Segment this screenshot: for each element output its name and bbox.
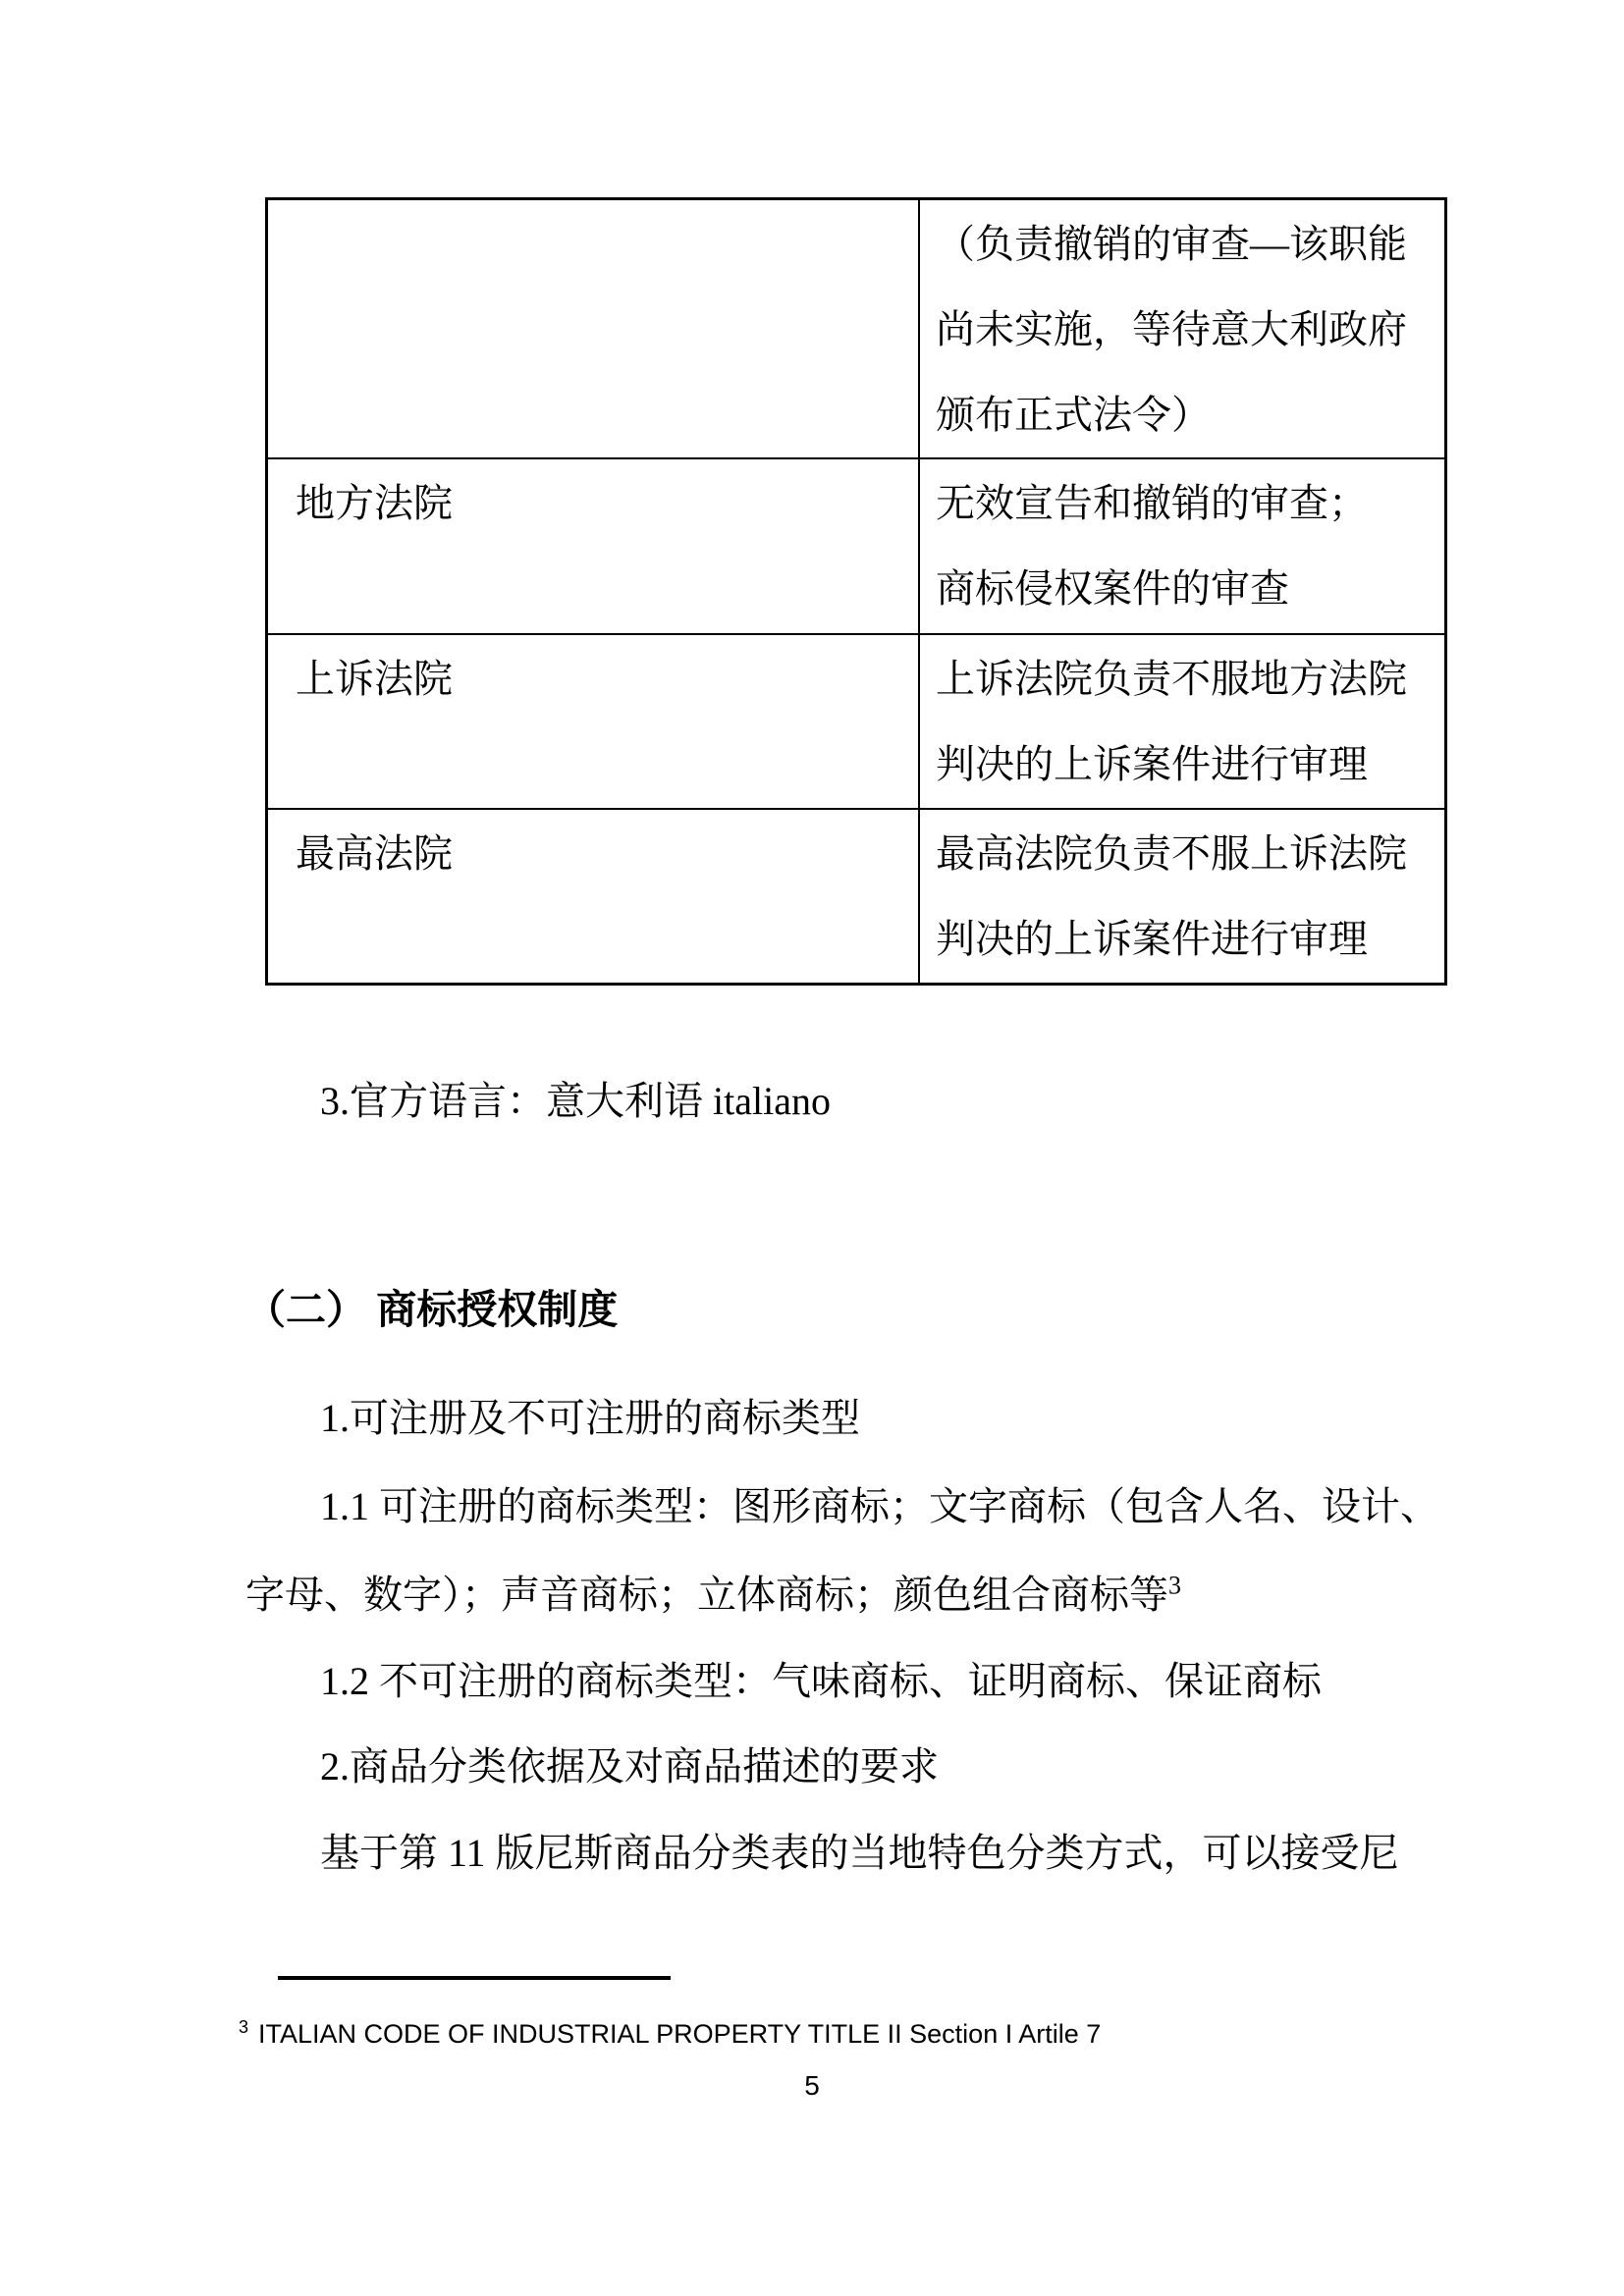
court-function-line: 无效宣告和撤销的审查； xyxy=(936,460,1440,546)
paragraph-1-2: 1.2 不可注册的商标类型：气味商标、证明商标、保证商标 xyxy=(320,1638,1322,1725)
table-row: （负责撤销的审查—该职能 尚未实施，等待意大利政府 颁布正式法令） xyxy=(267,199,1446,459)
court-name: 上诉法院 xyxy=(296,636,912,721)
court-function-cell: （负责撤销的审查—该职能 尚未实施，等待意大利政府 颁布正式法令） xyxy=(919,199,1446,459)
paragraph-2: 2.商品分类依据及对商品描述的要求 xyxy=(320,1724,939,1810)
page-number: 5 xyxy=(0,2064,1624,2108)
court-function-line: 判决的上诉案件进行审理 xyxy=(936,896,1440,982)
court-name-cell xyxy=(267,199,920,459)
court-function-cell: 最高法院负责不服上诉法院 判决的上诉案件进行审理 xyxy=(919,809,1446,985)
court-name-cell: 上诉法院 xyxy=(267,634,920,809)
court-table: （负责撤销的审查—该职能 尚未实施，等待意大利政府 颁布正式法令） 地方法院 无… xyxy=(265,197,1447,986)
court-function-line: 尚未实施，等待意大利政府 xyxy=(936,287,1440,372)
footnote-marker: 3 xyxy=(239,2017,248,2037)
paragraph-1-1: 1.1 可注册的商标类型：图形商标；文字商标（包含人名、设计、 xyxy=(320,1464,1439,1550)
paragraph-1: 1.可注册及不可注册的商标类型 xyxy=(320,1375,860,1462)
document-page: （负责撤销的审查—该职能 尚未实施，等待意大利政府 颁布正式法令） 地方法院 无… xyxy=(0,0,1624,2296)
court-function-cell: 无效宣告和撤销的审查； 商标侵权案件的审查 xyxy=(919,458,1446,634)
table-row: 地方法院 无效宣告和撤销的审查； 商标侵权案件的审查 xyxy=(267,458,1446,634)
footnote-text: ITALIAN CODE OF INDUSTRIAL PROPERTY TITL… xyxy=(258,2019,1101,2049)
court-function-line: 上诉法院负责不服地方法院 xyxy=(936,636,1440,721)
court-function-line: （负责撤销的审查—该职能 xyxy=(936,201,1440,287)
official-language-line: 3.官方语言：意大利语 italiano xyxy=(320,1058,831,1145)
table-row: 上诉法院 上诉法院负责不服地方法院 判决的上诉案件进行审理 xyxy=(267,634,1446,809)
footnote-separator xyxy=(278,1976,671,1980)
court-function-line: 颁布正式法令） xyxy=(936,372,1440,457)
court-name-cell: 最高法院 xyxy=(267,809,920,985)
footnote: 3ITALIAN CODE OF INDUSTRIAL PROPERTY TIT… xyxy=(239,2012,1101,2056)
court-function-line: 最高法院负责不服上诉法院 xyxy=(936,811,1440,896)
paragraph-1-1-continuation: 字母、数字）；声音商标；立体商标；颜色组合商标等3 xyxy=(245,1552,1181,1638)
court-name-cell: 地方法院 xyxy=(267,458,920,634)
court-function-line: 商标侵权案件的审查 xyxy=(936,546,1440,631)
table-row: 最高法院 最高法院负责不服上诉法院 判决的上诉案件进行审理 xyxy=(267,809,1446,985)
court-name: 最高法院 xyxy=(296,811,912,896)
paragraph-text: 字母、数字）；声音商标；立体商标；颜色组合商标等 xyxy=(245,1573,1168,1617)
section-heading: （二） 商标授权制度 xyxy=(245,1266,618,1353)
court-name: 地方法院 xyxy=(296,460,912,546)
court-function-cell: 上诉法院负责不服地方法院 判决的上诉案件进行审理 xyxy=(919,634,1446,809)
court-function-line: 判决的上诉案件进行审理 xyxy=(936,721,1440,807)
paragraph-nice-classification: 基于第 11 版尼斯商品分类表的当地特色分类方式，可以接受尼 xyxy=(320,1810,1399,1896)
footnote-reference: 3 xyxy=(1168,1572,1181,1600)
